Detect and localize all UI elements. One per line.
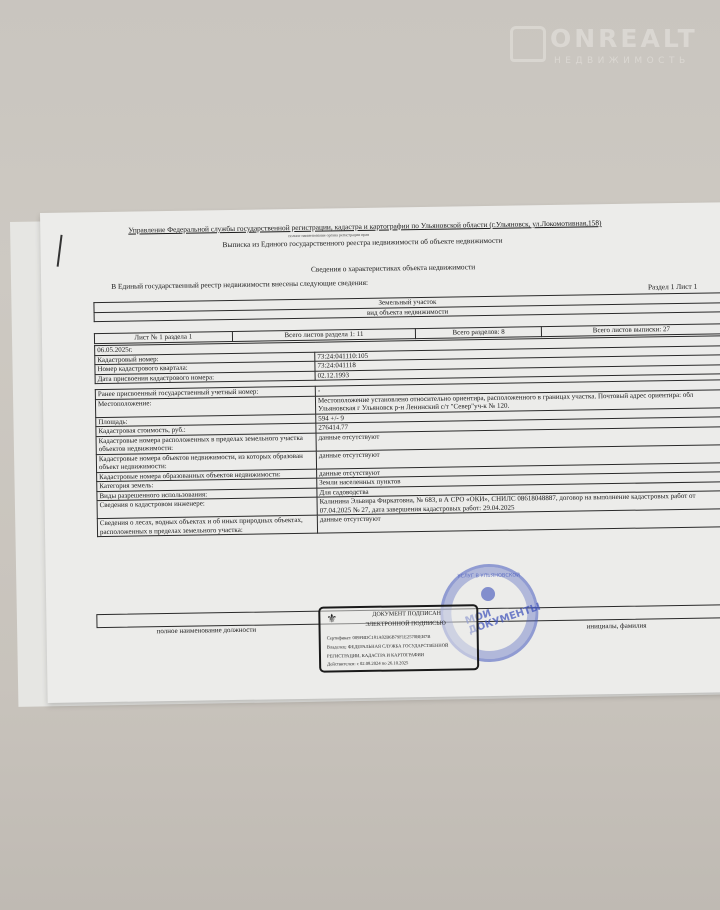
intro-text: В Единый государственный реестр недвижим…	[111, 278, 368, 291]
position-caption: полное наименование должности	[157, 626, 257, 636]
total-sheets: Всего листов выписки: 27	[541, 324, 720, 336]
initials-caption: инициалы, фамилия	[586, 622, 646, 631]
section-title: Сведения о характеристиках объекта недви…	[311, 262, 475, 274]
staple-icon	[57, 235, 63, 267]
document-sheet: Управление Федеральной службы государств…	[40, 202, 720, 703]
esig-owner: РЕГИСТРАЦИИ, КАДАСТРА И КАРТОГРАФИИ	[327, 652, 424, 659]
total-sections: Всего разделов: 8	[416, 327, 542, 338]
watermark-logo: ONREALT НЕДВИЖИМОСТЬ	[510, 22, 710, 72]
characteristics-table: Ранее присвоенный государственный учетны…	[95, 379, 720, 537]
document-title: Выписка из Единого государственного реес…	[222, 236, 502, 249]
stamp-ring-text: УСЛУГ В УЛЬЯНОВСКОЙ	[449, 572, 529, 579]
esig-validity: Действителен: с 02.08.2024 по 26.10.2025	[327, 660, 408, 666]
watermark-title: ONREALT	[550, 24, 698, 53]
row-label: Сведения о лесах, водных объектах и об и…	[97, 515, 317, 536]
sheets-in-section: Всего листов раздела 1: 11	[232, 329, 416, 341]
object-type-table: Земельный участок вид объекта недвижимос…	[93, 292, 720, 322]
esig-certificate: Сертификат: 009FBDC181A02B6B79F1E2570BEB…	[327, 634, 431, 641]
identifiers-table: 06.05.2025г. Кадастровый номер: 73:24:04…	[94, 335, 720, 384]
coat-of-arms-icon: ⚜	[326, 612, 337, 624]
electronic-signature-box: ⚜ ДОКУМЕНТ ПОДПИСАН ЭЛЕКТРОННОЙ ПОДПИСЬЮ…	[318, 604, 479, 673]
sheet-number: Лист № 1 раздела 1	[94, 331, 232, 343]
esig-heading: ЭЛЕКТРОННОЙ ПОДПИСЬЮ	[365, 621, 445, 628]
section-reference: Раздел 1 Лист 1	[648, 282, 697, 292]
esig-owner: Владелец: ФЕДЕРАЛЬНАЯ СЛУЖБА ГОСУДАРСТВЕ…	[327, 643, 449, 650]
esig-heading: ДОКУМЕНТ ПОДПИСАН	[372, 611, 441, 618]
watermark-subtitle: НЕДВИЖИМОСТЬ	[554, 56, 690, 66]
stamp-logo-icon	[481, 587, 495, 601]
house-icon	[510, 26, 546, 62]
